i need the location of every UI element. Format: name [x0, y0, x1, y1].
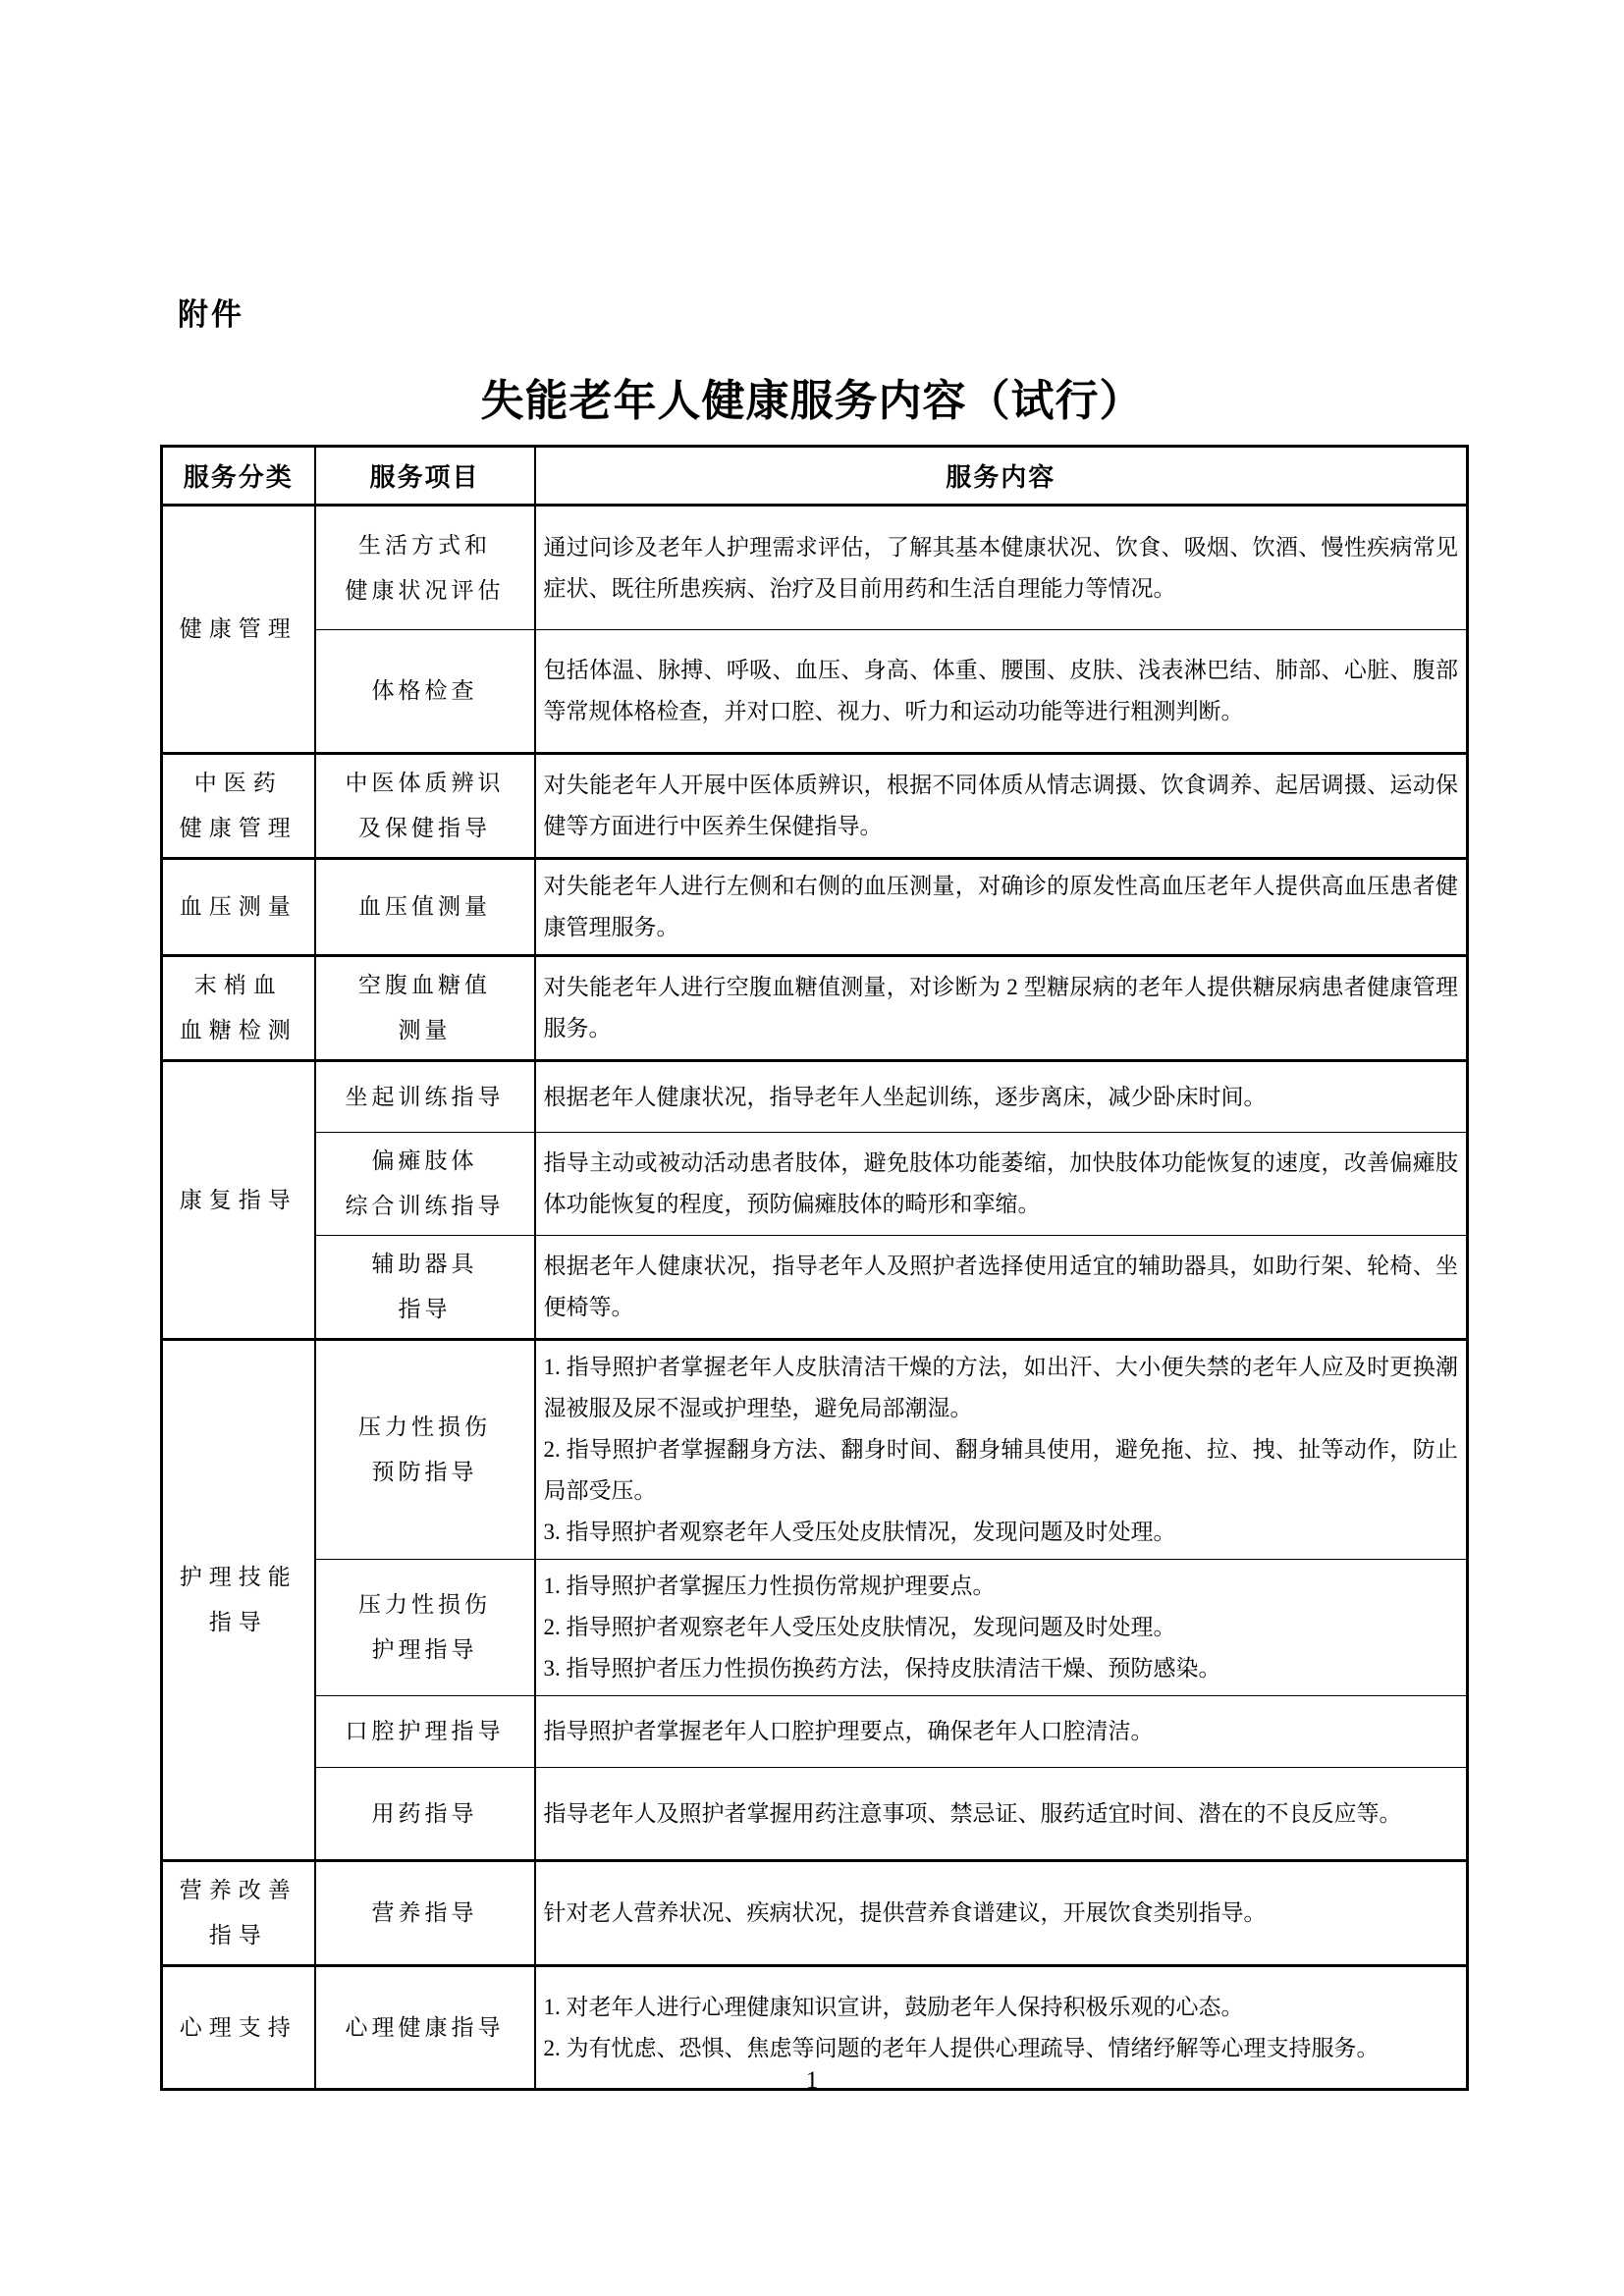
table-row: 末梢血 血糖检测 空腹血糖值 测量 对失能老年人进行空腹血糖值测量，对诊断为 2… [162, 956, 1468, 1061]
category-cell: 康复指导 [162, 1061, 315, 1340]
table-row: 血压测量 血压值测量 对失能老年人进行左侧和右侧的血压测量，对确诊的原发性高血压… [162, 859, 1468, 956]
category-cell: 营养改善 指导 [162, 1861, 315, 1966]
page-number: 1 [0, 2067, 1624, 2095]
content-cell: 对失能老年人进行空腹血糖值测量，对诊断为 2 型糖尿病的老年人提供糖尿病患者健康… [535, 956, 1468, 1061]
item-cell: 坐起训练指导 [315, 1061, 535, 1133]
table-row: 中医药 健康管理 中医体质辨识 及保健指导 对失能老年人开展中医体质辨识，根据不… [162, 754, 1468, 859]
item-cell: 体格检查 [315, 630, 535, 754]
table-row: 康复指导 坐起训练指导 根据老年人健康状况，指导老年人坐起训练，逐步离床，减少卧… [162, 1061, 1468, 1133]
table-header-row: 服务分类 服务项目 服务内容 [162, 447, 1468, 506]
table-row: 营养改善 指导 营养指导 针对老人营养状况、疾病状况，提供营养食谱建议，开展饮食… [162, 1861, 1468, 1966]
header-cell-service-content: 服务内容 [535, 447, 1468, 506]
item-cell: 血压值测量 [315, 859, 535, 956]
item-cell: 用药指导 [315, 1768, 535, 1861]
item-cell: 营养指导 [315, 1861, 535, 1966]
item-cell: 生活方式和 健康状况评估 [315, 506, 535, 630]
content-cell: 通过问诊及老年人护理需求评估，了解其基本健康状况、饮食、吸烟、饮酒、慢性疾病常见… [535, 506, 1468, 630]
table-row: 辅助器具 指导 根据老年人健康状况，指导老年人及照护者选择使用适宜的辅助器具，如… [162, 1236, 1468, 1340]
item-cell: 中医体质辨识 及保健指导 [315, 754, 535, 859]
category-cell: 中医药 健康管理 [162, 754, 315, 859]
table-row: 体格检查 包括体温、脉搏、呼吸、血压、身高、体重、腰围、皮肤、浅表淋巴结、肺部、… [162, 630, 1468, 754]
document-page: 附件 失能老年人健康服务内容（试行） 服务分类 服务项目 服务内容 健康管理 生… [0, 0, 1624, 2296]
item-cell: 空腹血糖值 测量 [315, 956, 535, 1061]
item-cell: 压力性损伤 预防指导 [315, 1340, 535, 1560]
content-cell: 根据老年人健康状况，指导老年人坐起训练，逐步离床，减少卧床时间。 [535, 1061, 1468, 1133]
content-cell: 对失能老年人开展中医体质辨识，根据不同体质从情志调摄、饮食调养、起居调摄、运动保… [535, 754, 1468, 859]
content-cell: 指导老年人及照护者掌握用药注意事项、禁忌证、服药适宜时间、潜在的不良反应等。 [535, 1768, 1468, 1861]
content-cell: 1. 指导照护者掌握老年人皮肤清洁干燥的方法，如出汗、大小便失禁的老年人应及时更… [535, 1340, 1468, 1560]
header-cell-service-category: 服务分类 [162, 447, 315, 506]
content-cell: 针对老人营养状况、疾病状况，提供营养食谱建议，开展饮食类别指导。 [535, 1861, 1468, 1966]
table-row: 偏瘫肢体 综合训练指导 指导主动或被动活动患者肢体，避免肢体功能萎缩，加快肢体功… [162, 1133, 1468, 1236]
service-table: 服务分类 服务项目 服务内容 健康管理 生活方式和 健康状况评估 通过问诊及老年… [160, 445, 1469, 2091]
category-cell: 血压测量 [162, 859, 315, 956]
content-cell: 指导主动或被动活动患者肢体，避免肢体功能萎缩，加快肢体功能恢复的速度，改善偏瘫肢… [535, 1133, 1468, 1236]
table-row: 护理技能 指导 压力性损伤 预防指导 1. 指导照护者掌握老年人皮肤清洁干燥的方… [162, 1340, 1468, 1560]
item-cell: 压力性损伤 护理指导 [315, 1560, 535, 1696]
content-cell: 1. 指导照护者掌握压力性损伤常规护理要点。 2. 指导照护者观察老年人受压处皮… [535, 1560, 1468, 1696]
category-cell: 健康管理 [162, 506, 315, 754]
table-row: 健康管理 生活方式和 健康状况评估 通过问诊及老年人护理需求评估，了解其基本健康… [162, 506, 1468, 630]
item-cell: 偏瘫肢体 综合训练指导 [315, 1133, 535, 1236]
item-cell: 口腔护理指导 [315, 1696, 535, 1768]
table-row: 用药指导 指导老年人及照护者掌握用药注意事项、禁忌证、服药适宜时间、潜在的不良反… [162, 1768, 1468, 1861]
attachment-label: 附件 [178, 290, 244, 334]
header-cell-service-item: 服务项目 [315, 447, 535, 506]
category-cell: 护理技能 指导 [162, 1340, 315, 1861]
content-cell: 包括体温、脉搏、呼吸、血压、身高、体重、腰围、皮肤、浅表淋巴结、肺部、心脏、腹部… [535, 630, 1468, 754]
content-cell: 指导照护者掌握老年人口腔护理要点，确保老年人口腔清洁。 [535, 1696, 1468, 1768]
content-cell: 对失能老年人进行左侧和右侧的血压测量，对确诊的原发性高血压老年人提供高血压患者健… [535, 859, 1468, 956]
category-cell: 末梢血 血糖检测 [162, 956, 315, 1061]
table-row: 口腔护理指导 指导照护者掌握老年人口腔护理要点，确保老年人口腔清洁。 [162, 1696, 1468, 1768]
content-cell: 根据老年人健康状况，指导老年人及照护者选择使用适宜的辅助器具，如助行架、轮椅、坐… [535, 1236, 1468, 1340]
item-cell: 辅助器具 指导 [315, 1236, 535, 1340]
document-title: 失能老年人健康服务内容（试行） [0, 365, 1624, 428]
table-row: 压力性损伤 护理指导 1. 指导照护者掌握压力性损伤常规护理要点。 2. 指导照… [162, 1560, 1468, 1696]
